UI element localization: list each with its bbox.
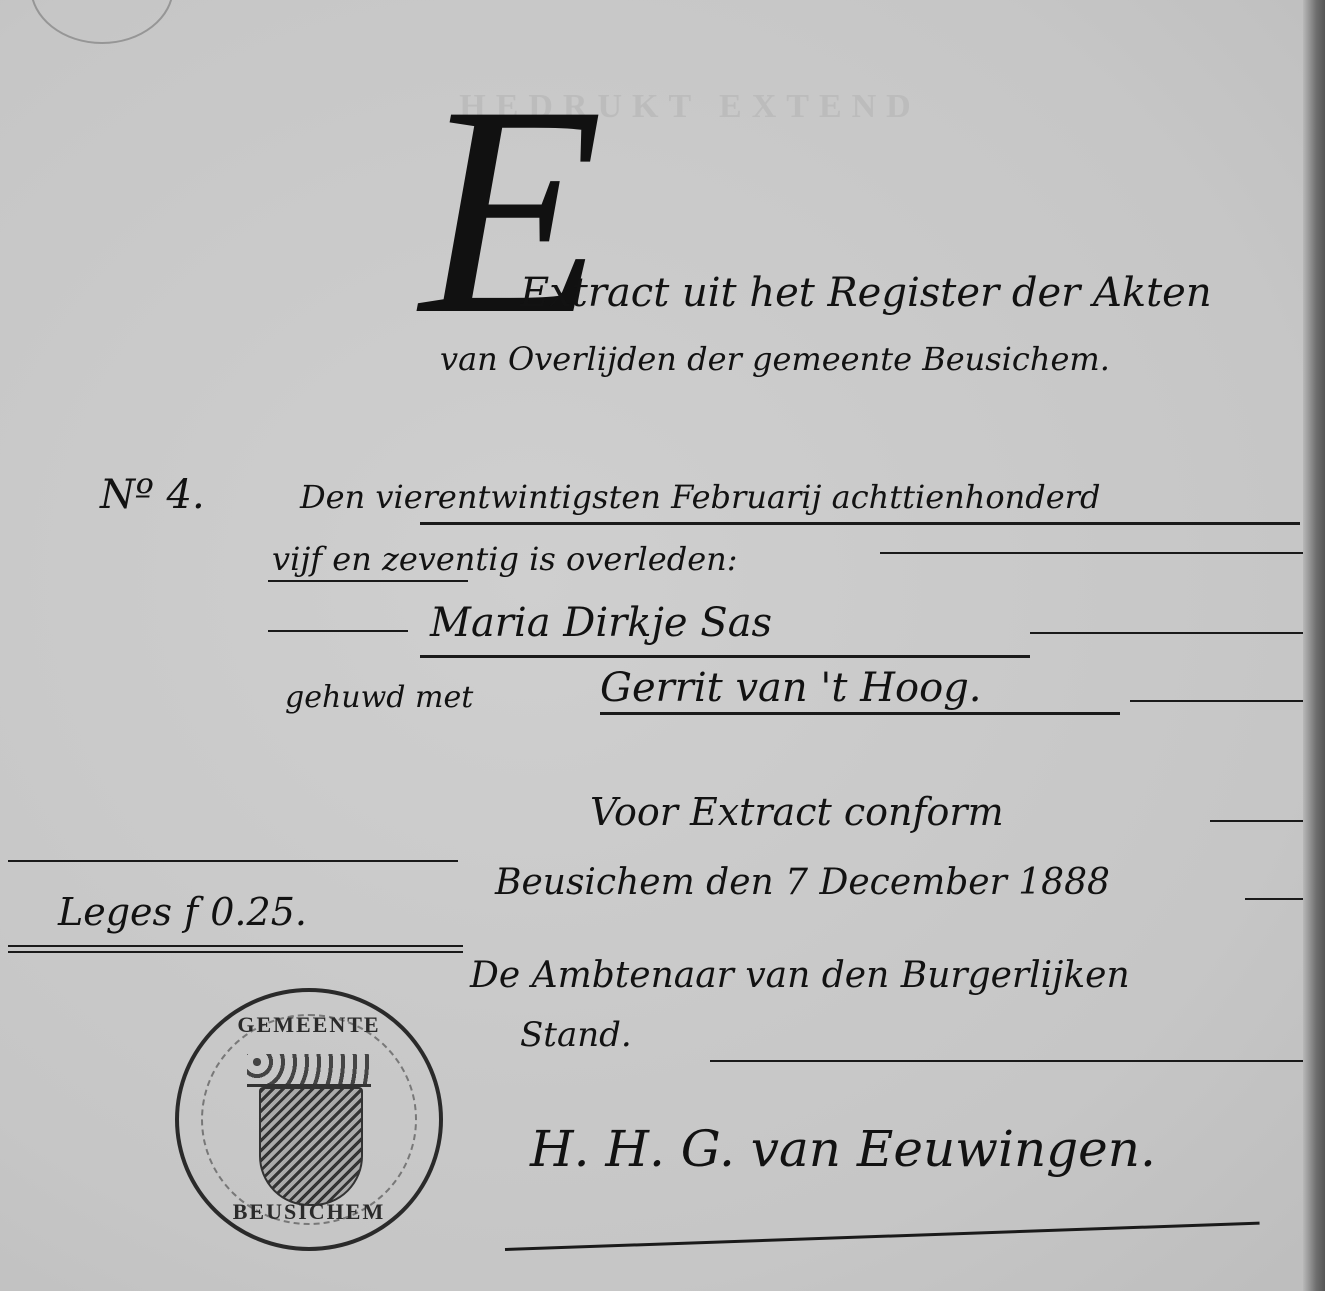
fill-line-1 bbox=[880, 552, 1315, 554]
extract-conform: Voor Extract conform bbox=[590, 790, 1004, 834]
deceased-name: Maria Dirkje Sas bbox=[430, 600, 772, 646]
entry-number: Nº 4. bbox=[100, 472, 205, 518]
crown-icon bbox=[247, 1054, 371, 1087]
fee-rule-bottom-2 bbox=[8, 951, 463, 953]
municipal-seal: GEMEENTE BEUSICHEM bbox=[175, 988, 443, 1251]
partial-stamp-top-left bbox=[30, 0, 174, 44]
spouse-name: Gerrit van 't Hoog. bbox=[600, 665, 982, 711]
fee-rule-top bbox=[8, 860, 458, 862]
underline-date bbox=[420, 522, 1300, 525]
coat-of-arms-shield-icon bbox=[259, 1087, 363, 1206]
header-line-2: van Overlijden der gemeente Beusichem. bbox=[440, 340, 1110, 378]
entry-date-line-1: Den vierentwintigsten Februarij achttien… bbox=[300, 478, 1100, 516]
underline-spouse bbox=[600, 712, 1120, 715]
fill-line-name-right bbox=[1030, 632, 1315, 634]
signature-underline bbox=[505, 1222, 1260, 1251]
fill-line-official bbox=[710, 1060, 1315, 1062]
page-binding-edge bbox=[1303, 0, 1325, 1291]
fill-line-name-left bbox=[268, 630, 408, 632]
official-title-line-1: De Ambtenaar van den Burgerlijken bbox=[470, 955, 1130, 996]
document-page: HEDRUKT EXTEND E Extract uit het Registe… bbox=[0, 0, 1325, 1291]
spouse-prefix: gehuwd met bbox=[285, 680, 473, 715]
header-line-1: Extract uit het Register der Akten bbox=[520, 270, 1212, 316]
seal-bottom-text: BEUSICHEM bbox=[179, 1199, 439, 1225]
fee-rule-bottom-1 bbox=[8, 945, 463, 947]
seal-top-text: GEMEENTE bbox=[179, 1012, 439, 1038]
fee-label: Leges f 0.25. bbox=[58, 890, 307, 934]
entry-date-line-2: vijf en zeventig is overleden: bbox=[272, 540, 738, 578]
place-and-date: Beusichem den 7 December 1888 bbox=[495, 862, 1110, 903]
official-signature: H. H. G. van Eeuwingen. bbox=[530, 1120, 1156, 1178]
official-title-line-2: Stand. bbox=[520, 1015, 632, 1055]
underline-year bbox=[268, 580, 468, 582]
underline-deceased bbox=[420, 655, 1030, 658]
fill-line-conform bbox=[1210, 820, 1310, 822]
fill-line-spouse bbox=[1130, 700, 1315, 702]
